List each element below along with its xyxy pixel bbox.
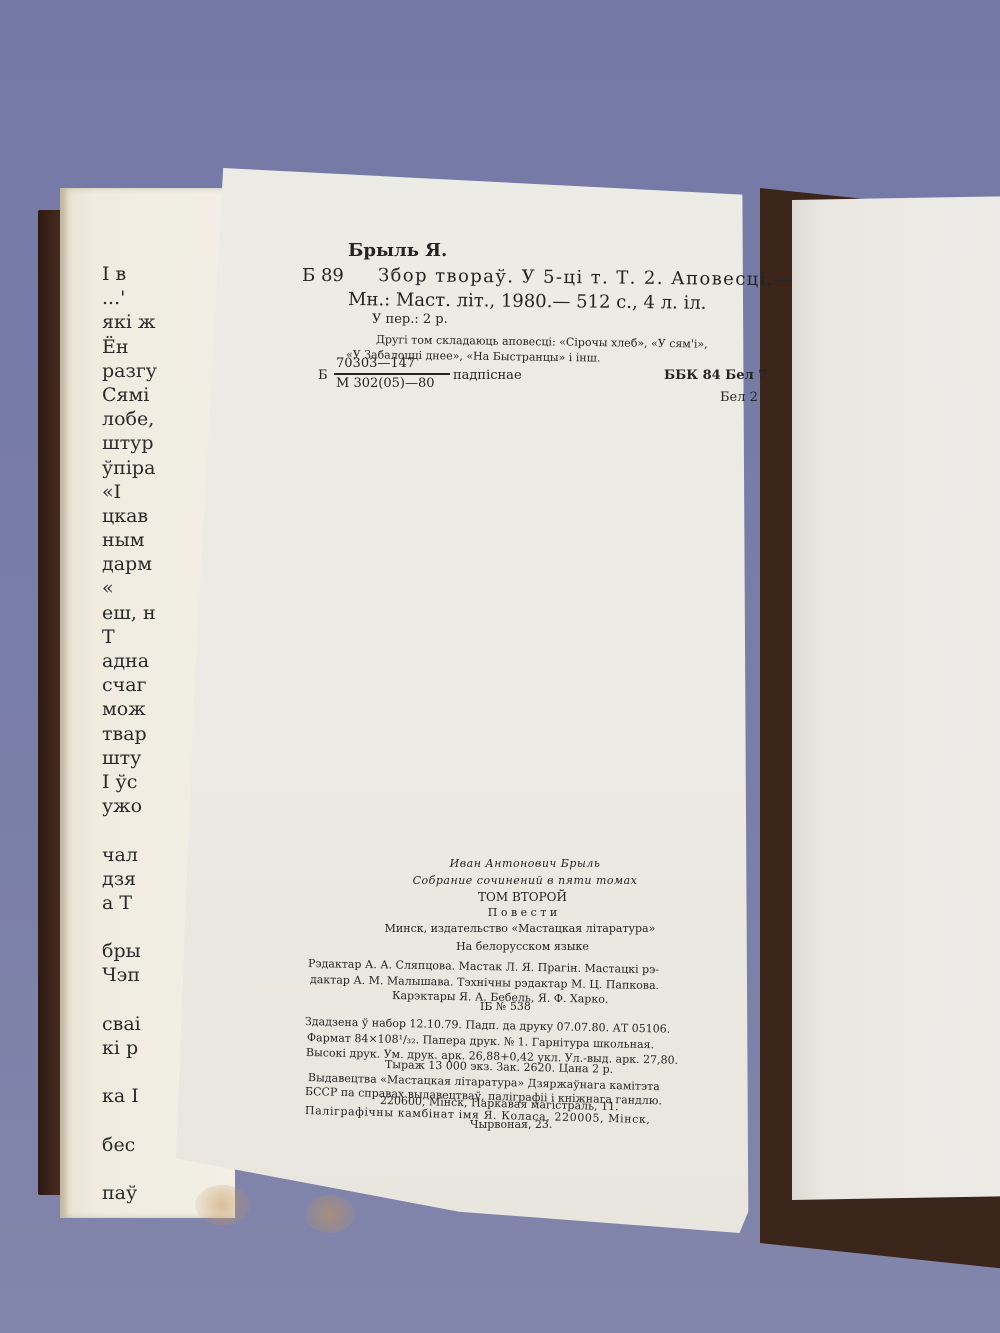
bbk-code: ББК 84 Бел 7 <box>664 368 767 383</box>
title-line: Збор твораў. У 5-ці т. Т. 2. Аповесці.— <box>378 265 794 290</box>
left-page-line: ...' <box>102 286 222 310</box>
fraction-numerator: 70303—147 <box>336 356 415 371</box>
left-page-line: штур <box>102 431 222 455</box>
left-page-line: які ж <box>102 310 222 334</box>
left-page-line: І в <box>102 262 222 286</box>
imprint-line: Мн.: Маст. літ., 1980.— 512 с., 4 л. іл. <box>348 289 707 314</box>
publisher-russian: Минск, издательство «Мастацкая літаратур… <box>0 922 1000 935</box>
left-page-line: разгу <box>102 359 222 383</box>
index-code: Б 89 <box>302 265 344 286</box>
fraction-suffix: падпіснае <box>453 368 522 383</box>
fraction-denominator: М 302(05)—80 <box>336 376 434 391</box>
bbk-code-2: Бел 2 <box>720 390 758 405</box>
fraction-bar <box>334 373 450 375</box>
printer-line-2: Чырвоная, 23. <box>470 1118 552 1131</box>
ib-number: ІБ № 538 <box>480 1000 531 1013</box>
colophon-slip <box>176 168 766 1233</box>
collection-russian: Собрание сочинений в пяти томах <box>0 874 1000 887</box>
left-page-line: Сямі <box>102 383 222 407</box>
genre-russian: П о в е с т и <box>0 906 1000 919</box>
fraction-prefix: Б <box>318 368 328 383</box>
left-page-line: Ён <box>102 335 222 359</box>
left-page-line: ўпіра <box>102 456 222 480</box>
author-russian: Иван Антонович Брыль <box>0 857 1000 870</box>
left-page-line: «І <box>102 480 222 504</box>
language-note: На белорусском языке <box>0 940 1000 953</box>
paper-stain <box>305 1195 355 1233</box>
author-heading: Брыль Я. <box>348 240 447 261</box>
paper-stain <box>195 1185 250 1225</box>
right-blank-page <box>792 196 1000 1200</box>
volume-russian: ТОМ ВТОРОЙ <box>0 890 1000 904</box>
price-line: У пер.: 2 р. <box>372 312 448 327</box>
left-page-line: лобе, <box>102 407 222 431</box>
